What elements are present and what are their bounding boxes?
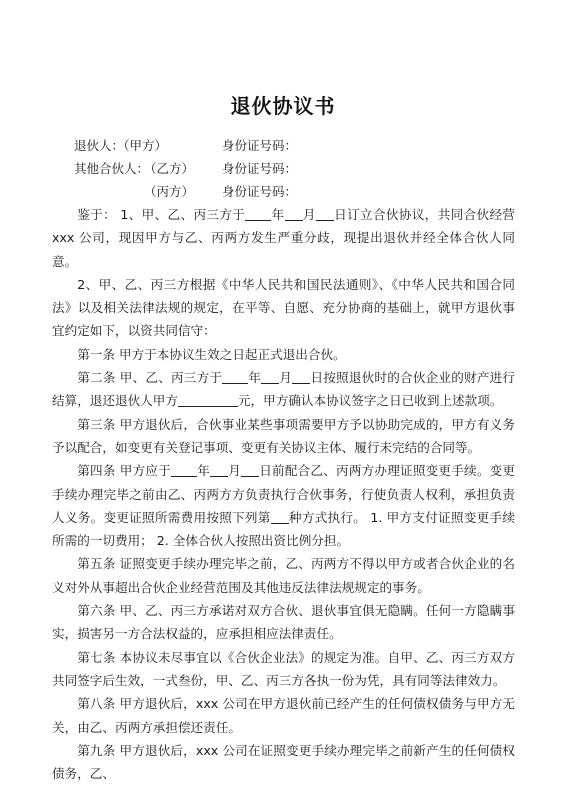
article-9: 第九条 甲方退伙后，xxx 公司在证照变更手续办理完毕之前新产生的任何债权债务，…: [52, 739, 515, 786]
article-8: 第八条 甲方退伙后，xxx 公司在甲方退伙前已经产生的任何债权债务与甲方无关，由…: [52, 692, 515, 739]
year-label: 年: [248, 370, 261, 385]
blank-month: [210, 462, 228, 477]
month-label: 月: [303, 207, 316, 222]
article-text: 元，甲方确认本协议签字之日已收到上述款项。: [238, 393, 502, 408]
recital-1: 鉴于： 1、甲、乙、丙三方于年月日订立合伙协议，共同合伙经营 xxx 公司，现因…: [52, 203, 515, 273]
party-designation: （乙方）: [144, 159, 194, 179]
id-number-label: 身份证号码：: [222, 136, 297, 156]
year-label: 年: [271, 207, 284, 222]
blank-option: [271, 509, 289, 524]
blank-month: [285, 206, 303, 221]
month-label: 月: [228, 463, 241, 478]
article-1: 第一条 甲方于本协议生效之日起正式退出合伙。: [52, 343, 515, 366]
id-number-label: 身份证号码：: [222, 182, 297, 202]
id-number-label: 身份证号码：: [222, 159, 297, 179]
article-6: 第六条 甲、乙、丙三方承诺对双方合伙、退伙事宜俱无隐瞒。任何一方隐瞒事实，损害另…: [52, 599, 515, 646]
recital-2: 2、甲、乙、丙三方根据《中华人民共和国民法通则》、《中华人民共和国合同法》以及相…: [52, 273, 515, 343]
agreement-body: 鉴于： 1、甲、乙、丙三方于年月日订立合伙协议，共同合伙经营 xxx 公司，现因…: [52, 203, 515, 785]
party-role-label: 其他合伙人：: [74, 159, 149, 179]
article-text: 第四条 甲方应于: [77, 463, 171, 478]
article-5: 第五条 证照变更手续办理完毕之前，乙、丙两方不得以甲方或者合伙企业的名义对外从事…: [52, 552, 515, 599]
party-designation: （丙方）: [144, 182, 194, 202]
article-7: 第七条 本协议未尽事宜以《合伙企业法》的规定为准。自甲、乙、丙三方双方共同签字后…: [52, 646, 515, 693]
blank-day: [316, 206, 334, 221]
article-4: 第四条 甲方应于年月日前配合乙、丙两方办理证照变更手续。变更手续办理完毕之前由乙…: [52, 459, 515, 552]
blank-year: [222, 369, 248, 384]
article-3: 第三条 甲方退伙后，合伙事业某些事项需要甲方予以协助完成的，甲方有义务予以配合，…: [52, 413, 515, 460]
year-label: 年: [197, 463, 210, 478]
blank-day: [241, 462, 259, 477]
blank-amount: [178, 392, 238, 407]
recital-text: 鉴于： 1、甲、乙、丙三方于: [77, 207, 245, 222]
document-title: 退伙协议书: [0, 90, 566, 119]
blank-year: [245, 206, 271, 221]
party-designation: （甲方）: [117, 136, 167, 156]
blank-year: [171, 462, 197, 477]
article-2: 第二条 甲、乙、丙三方于年月日按照退伙时的合伙企业的财产进行结算，退还退伙人甲方…: [52, 366, 515, 413]
article-text: 第二条 甲、乙、丙三方于: [77, 370, 222, 385]
blank-day: [292, 369, 310, 384]
blank-month: [261, 369, 279, 384]
month-label: 月: [279, 370, 292, 385]
document-page: 退伙协议书 退伙人： （甲方） 身份证号码： 其他合伙人： （乙方） 身份证号码…: [0, 0, 566, 800]
